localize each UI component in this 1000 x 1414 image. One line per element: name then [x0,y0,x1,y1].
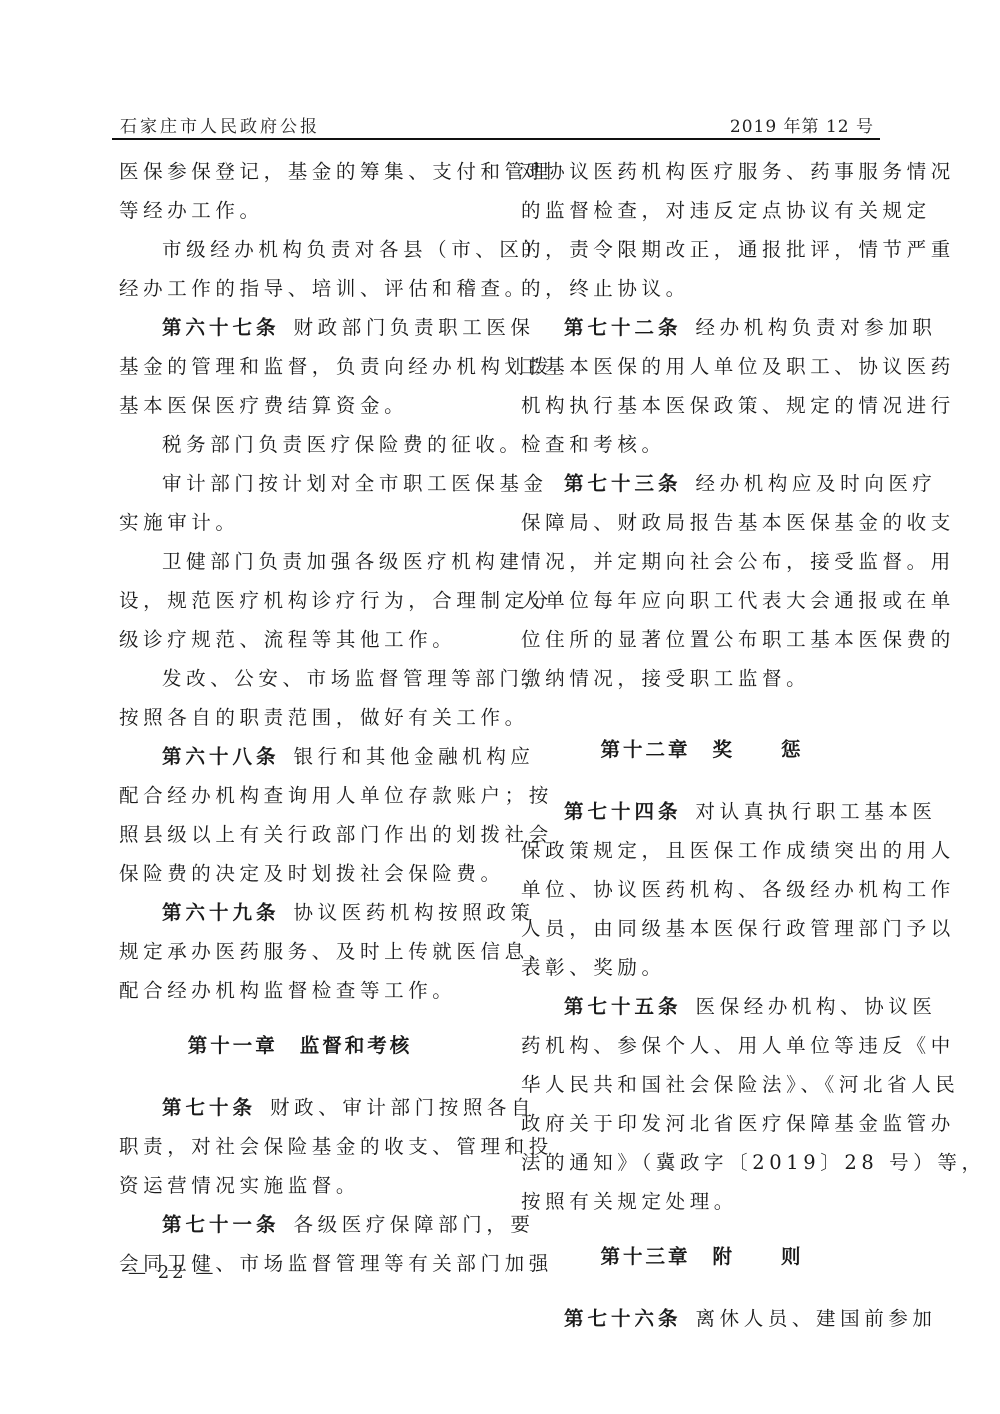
text-span: 财政、审计部门按照各自 [270,1096,535,1119]
page-number: — 22 — [128,1262,216,1283]
article-72: 第七十二条经办机构负责对参加职 [521,313,883,352]
text-line: 经办工作的指导、培训、评估和稽查。 [119,274,481,313]
article-68: 第六十八条银行和其他金融机构应 [119,742,481,781]
text-line: 资运营情况实施监督。 [119,1171,481,1210]
text-span: 对认真执行职工基本医 [696,800,937,823]
chapter-number: 第十二章 [600,738,690,761]
chapter-number: 第十三章 [600,1245,690,1268]
chapter-heading-13: 第十三章附则 [521,1226,883,1304]
text-line: 卫健部门负责加强各级医疗机构建 [119,547,481,586]
text-span: 各级医疗保障部门，要 [294,1213,535,1236]
text-line: 位住所的显著位置公布职工基本医保费的 [521,625,883,664]
text-line: 基本医保医疗费结算资金。 [119,391,481,430]
article-label: 第七十四条 [564,800,682,823]
text-span: 银行和其他金融机构应 [294,745,535,768]
article-label: 第六十八条 [162,745,280,768]
text-line: 政府关于印发河北省医疗保障基金监管办 [521,1109,883,1148]
text-line: 审计部门按计划对全市职工医保基金 [119,469,481,508]
chapter-title-part: 惩 [781,738,804,761]
text-line: 配合经办机构查询用人单位存款账户；按 [119,781,481,820]
text-span: 经办机构负责对参加职 [696,316,937,339]
chapter-heading-12: 第十二章奖惩 [521,703,883,797]
article-71: 第七十一条各级医疗保障部门，要 [119,1210,481,1249]
text-span: 离休人员、建国前参加 [696,1307,937,1330]
text-line: 按照各自的职责范围，做好有关工作。 [119,703,481,742]
text-line: 保险费的决定及时划拨社会保险费。 [119,859,481,898]
article-label: 第六十九条 [162,901,280,924]
text-line: 人单位每年应向职工代表大会通报或在单 [521,586,883,625]
chapter-title-part: 奖 [712,738,735,761]
text-line: 发改、公安、市场监督管理等部门， [119,664,481,703]
article-label: 第七十六条 [564,1307,682,1330]
chapter-heading-11: 第十一章监督和考核 [119,1015,481,1093]
text-line: 的，责令限期改正，通报批评，情节严重 [521,235,883,274]
chapter-title-part: 则 [781,1245,804,1268]
text-line: 职责，对社会保险基金的收支、管理和投 [119,1132,481,1171]
text-line: 实施审计。 [119,508,481,547]
text-span: 经办机构应及时向医疗 [696,472,937,495]
article-label: 第七十一条 [162,1213,280,1236]
text-line: 华人民共和国社会保险法》、《河北省人民 [521,1070,883,1109]
article-label: 第七十三条 [564,472,682,495]
issue-number: 2019 年第 12 号 [730,112,874,137]
text-span: 财政部门负责职工医保 [294,316,535,339]
text-line: 缴纳情况，接受职工监督。 [521,664,883,703]
publication-title: 石家庄市人民政府公报 [120,112,320,137]
text-line: 税务部门负责医疗保险费的征收。 [119,430,481,469]
right-column: 对协议医药机构医疗服务、药事服务情况 的监督检查，对违反定点协议有关规定 的，责… [521,157,883,1343]
text-line: 配合经办机构监督检查等工作。 [119,976,481,1015]
text-line: 照县级以上有关行政部门作出的划拨社会 [119,820,481,859]
text-line: 单位、协议医药机构、各级经办机构工作 [521,875,883,914]
text-line: 按照有关规定处理。 [521,1187,883,1226]
text-line: 法的通知》（冀政字〔2019〕28 号）等， [521,1148,883,1187]
text-span: 协议医药机构按照政策 [294,901,535,924]
article-76: 第七十六条离休人员、建国前参加 [521,1304,883,1343]
text-line: 情况，并定期向社会公布，接受监督。用 [521,547,883,586]
text-line: 等经办工作。 [119,196,481,235]
text-line: 市级经办机构负责对各县（市、区） [119,235,481,274]
article-75: 第七十五条医保经办机构、协议医 [521,992,883,1031]
text-line: 规定承办医药服务、及时上传就医信息、 [119,937,481,976]
text-line: 设，规范医疗机构诊疗行为，合理制定分 [119,586,481,625]
article-69: 第六十九条协议医药机构按照政策 [119,898,481,937]
chapter-title-part: 附 [712,1245,735,1268]
text-line: 级诊疗规范、流程等其他工作。 [119,625,481,664]
text-line: 机构执行基本医保政策、规定的情况进行 [521,391,883,430]
article-67: 第六十七条财政部门负责职工医保 [119,313,481,352]
article-label: 第七十条 [162,1096,256,1119]
chapter-title: 监督和考核 [300,1034,413,1057]
text-line: 对协议医药机构医疗服务、药事服务情况 [521,157,883,196]
text-line: 表彰、奖励。 [521,953,883,992]
article-70: 第七十条财政、审计部门按照各自 [119,1093,481,1132]
text-line: 基金的管理和监督，负责向经办机构划拨 [119,352,481,391]
text-line: 检查和考核。 [521,430,883,469]
left-column: 医保参保登记，基金的筹集、支付和管理 等经办工作。 市级经办机构负责对各县（市、… [119,157,481,1288]
page-header: 石家庄市人民政府公报 2019 年第 12 号 [112,108,880,138]
text-line: 的，终止协议。 [521,274,883,313]
chapter-number: 第十一章 [188,1034,278,1057]
article-73: 第七十三条经办机构应及时向医疗 [521,469,883,508]
article-74: 第七十四条对认真执行职工基本医 [521,797,883,836]
text-line: 保障局、财政局报告基本医保基金的收支 [521,508,883,547]
text-line: 保政策规定，且医保工作成绩突出的用人 [521,836,883,875]
text-span: 医保经办机构、协议医 [696,995,937,1018]
article-label: 第七十五条 [564,995,682,1018]
article-label: 第七十二条 [564,316,682,339]
text-line: 的监督检查，对违反定点协议有关规定 [521,196,883,235]
text-line: 医保参保登记，基金的筹集、支付和管理 [119,157,481,196]
header-rule [112,138,880,140]
text-line: 工基本医保的用人单位及职工、协议医药 [521,352,883,391]
text-line: 人员，由同级基本医保行政管理部门予以 [521,914,883,953]
article-label: 第六十七条 [162,316,280,339]
text-line: 药机构、参保个人、用人单位等违反《中 [521,1031,883,1070]
